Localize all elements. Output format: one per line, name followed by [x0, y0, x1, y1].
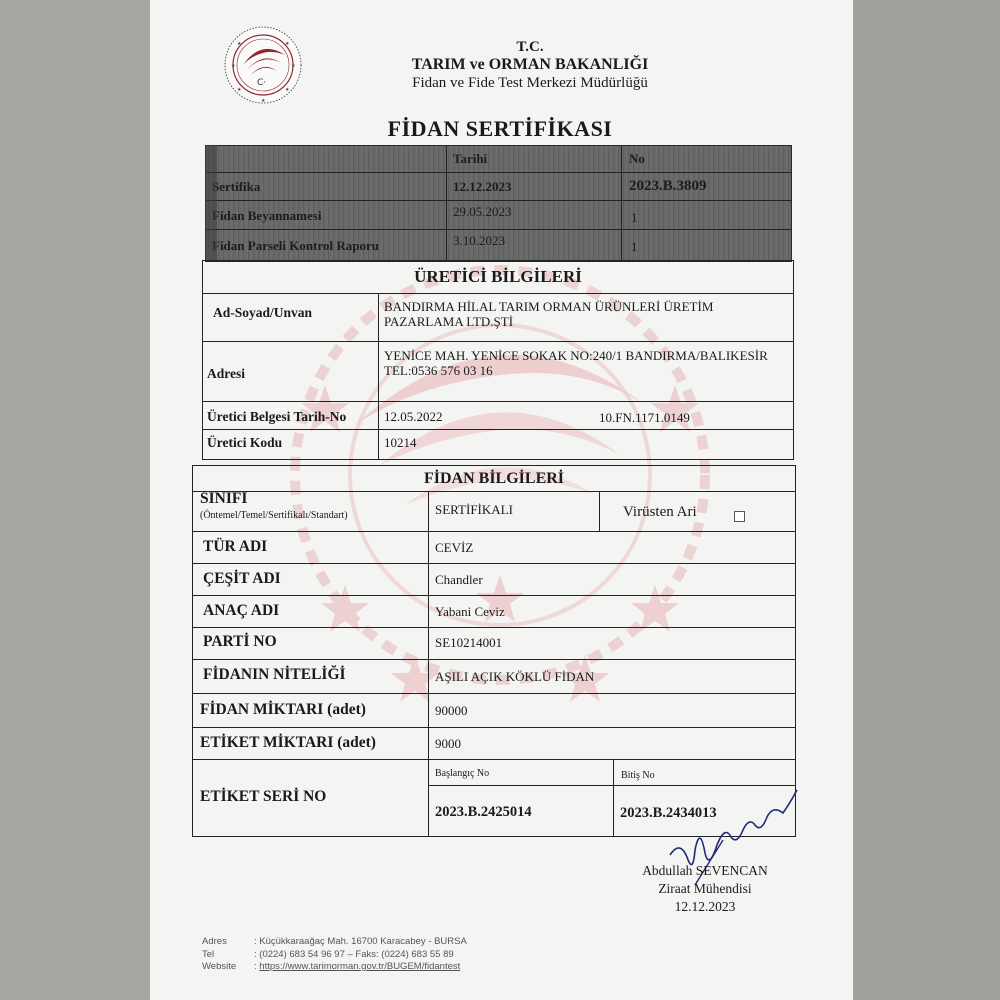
svg-text:★: ★	[285, 41, 290, 47]
footer-address: : Küçükkaraağaç Mah. 16700 Karacabey - B…	[254, 936, 467, 947]
svg-text:C·: C·	[257, 78, 266, 88]
svg-text:★: ★	[231, 63, 236, 69]
footer-website-link[interactable]: https://www.tarimorman.gov.tr/BUGEM/fida…	[259, 961, 460, 972]
certificate-date: 12.12.2023	[453, 179, 512, 195]
footer-tel: : (0224) 683 54 96 97 – Faks: (0224) 683…	[254, 949, 454, 960]
virus-free-checkbox[interactable]	[734, 511, 745, 522]
certificate-page: C· ★★ ★★ ★★ ★ T.C. TARIM ve ORMAN BAKANL…	[150, 0, 853, 1000]
control-report-number: 1	[631, 239, 638, 255]
serial-start-label: Başlangıç No	[435, 768, 489, 779]
sapling-quantity-label: FİDAN MİKTARI (adet)	[200, 701, 366, 719]
document-title: FİDAN SERTİFİKASI	[300, 116, 700, 142]
signatory-block: Abdullah SEVENCAN Ziraat Mühendisi 12.12…	[625, 862, 785, 916]
footer-address-key: Adres	[202, 936, 254, 949]
class-label: SINIFI	[200, 490, 247, 508]
producer-address-line1: YENİCE MAH. YENİCE SOKAK NO:240/1 BANDIR…	[384, 348, 768, 364]
rootstock-label: ANAÇ ADI	[203, 602, 279, 620]
sapling-quantity-value: 90000	[435, 703, 468, 719]
background-right	[853, 0, 1000, 1000]
declaration-number: 1	[631, 210, 638, 226]
svg-text:★: ★	[261, 98, 266, 104]
producer-phone: TEL:0536 576 03 16	[384, 363, 493, 379]
col-header-no: No	[629, 151, 645, 167]
serial-end-number: 2023.B.2434013	[620, 805, 717, 822]
col-header-date: Tarihi	[453, 151, 487, 167]
producer-section-title: ÜRETİCİ BİLGİLERİ	[203, 267, 793, 287]
signatory-name: Abdullah SEVENCAN	[625, 862, 785, 880]
producer-code-label: Üretici Kodu	[207, 435, 282, 451]
species-value: CEVİZ	[435, 540, 473, 556]
producer-name-line1: BANDIRMA HİLAL TARIM ORMAN ÜRÜNLERİ ÜRET…	[384, 299, 713, 315]
header-tc: T.C.	[350, 38, 710, 56]
label-quantity-value: 9000	[435, 736, 461, 752]
ministry-seal-icon: C· ★★ ★★ ★★ ★	[223, 25, 303, 105]
scan-shadow	[205, 145, 217, 260]
svg-text:★: ★	[291, 63, 296, 69]
lot-number-label: PARTİ NO	[203, 633, 277, 651]
footer-contact: Adres: Küçükkaraağaç Mah. 16700 Karacabe…	[202, 936, 467, 974]
producer-cert-label: Üretici Belgesi Tarih-No	[207, 409, 346, 425]
producer-name-label: Ad-Soyad/Unvan	[213, 305, 312, 321]
letterhead: T.C. TARIM ve ORMAN BAKANLIĞI Fidan ve F…	[350, 38, 710, 92]
quality-value: AŞILI AÇIK KÖKLÜ FİDAN	[435, 669, 594, 685]
sapling-info-table: FİDAN BİLGİLERİ SINIFI (Öntemel/Temel/Se…	[192, 465, 796, 837]
row-label-declaration: Fidan Beyannamesi	[212, 208, 321, 224]
header-department: Fidan ve Fide Test Merkezi Müdürlüğü	[350, 74, 710, 92]
producer-cert-date: 12.05.2022	[384, 409, 443, 425]
sapling-section-title: FİDAN BİLGİLERİ	[193, 470, 795, 488]
certificate-number: 2023.B.3809	[629, 178, 707, 195]
signatory-title: Ziraat Mühendisi	[625, 880, 785, 898]
producer-cert-number: 10.FN.1171.0149	[599, 410, 690, 426]
producer-code: 10214	[384, 435, 417, 451]
svg-text:★: ★	[237, 87, 242, 93]
rootstock-value: Yabani Ceviz	[435, 604, 505, 620]
label-quantity-label: ETİKET MİKTARI (adet)	[200, 734, 376, 752]
serial-start-number: 2023.B.2425014	[435, 804, 532, 821]
row-label-certificate: Sertifika	[212, 179, 260, 195]
species-label: TÜR ADI	[203, 538, 267, 556]
variety-value: Chandler	[435, 572, 483, 588]
row-label-control-report: Fidan Parseli Kontrol Raporu	[212, 238, 379, 254]
control-report-date: 3.10.2023	[453, 233, 505, 249]
class-hint: (Öntemel/Temel/Sertifikalı/Standart)	[200, 510, 348, 521]
label-serial-label: ETİKET SERİ NO	[200, 788, 326, 806]
background-left	[0, 0, 150, 1000]
producer-info-table: ÜRETİCİ BİLGİLERİ Ad-Soyad/Unvan BANDIRM…	[202, 260, 794, 460]
class-value: SERTİFİKALI	[435, 502, 513, 518]
producer-name-line2: PAZARLAMA LTD.ŞTİ	[384, 314, 513, 330]
producer-address-label: Adresi	[207, 366, 245, 382]
virus-free-label: Virüsten Ari	[623, 504, 697, 521]
serial-end-label: Bitiş No	[621, 770, 655, 781]
footer-tel-key: Tel	[202, 949, 254, 962]
declaration-date: 29.05.2023	[453, 204, 512, 220]
signature-date: 12.12.2023	[625, 898, 785, 916]
footer-web-key: Website	[202, 961, 254, 974]
quality-label: FİDANIN NİTELİĞİ	[203, 666, 346, 684]
header-ministry: TARIM ve ORMAN BAKANLIĞI	[350, 56, 710, 74]
svg-text:★: ★	[285, 87, 290, 93]
lot-number-value: SE10214001	[435, 635, 502, 651]
variety-label: ÇEŞİT ADI	[203, 570, 281, 588]
certificate-reference-table: Tarihi No Sertifika 12.12.2023 2023.B.38…	[205, 145, 792, 262]
svg-text:★: ★	[237, 41, 242, 47]
